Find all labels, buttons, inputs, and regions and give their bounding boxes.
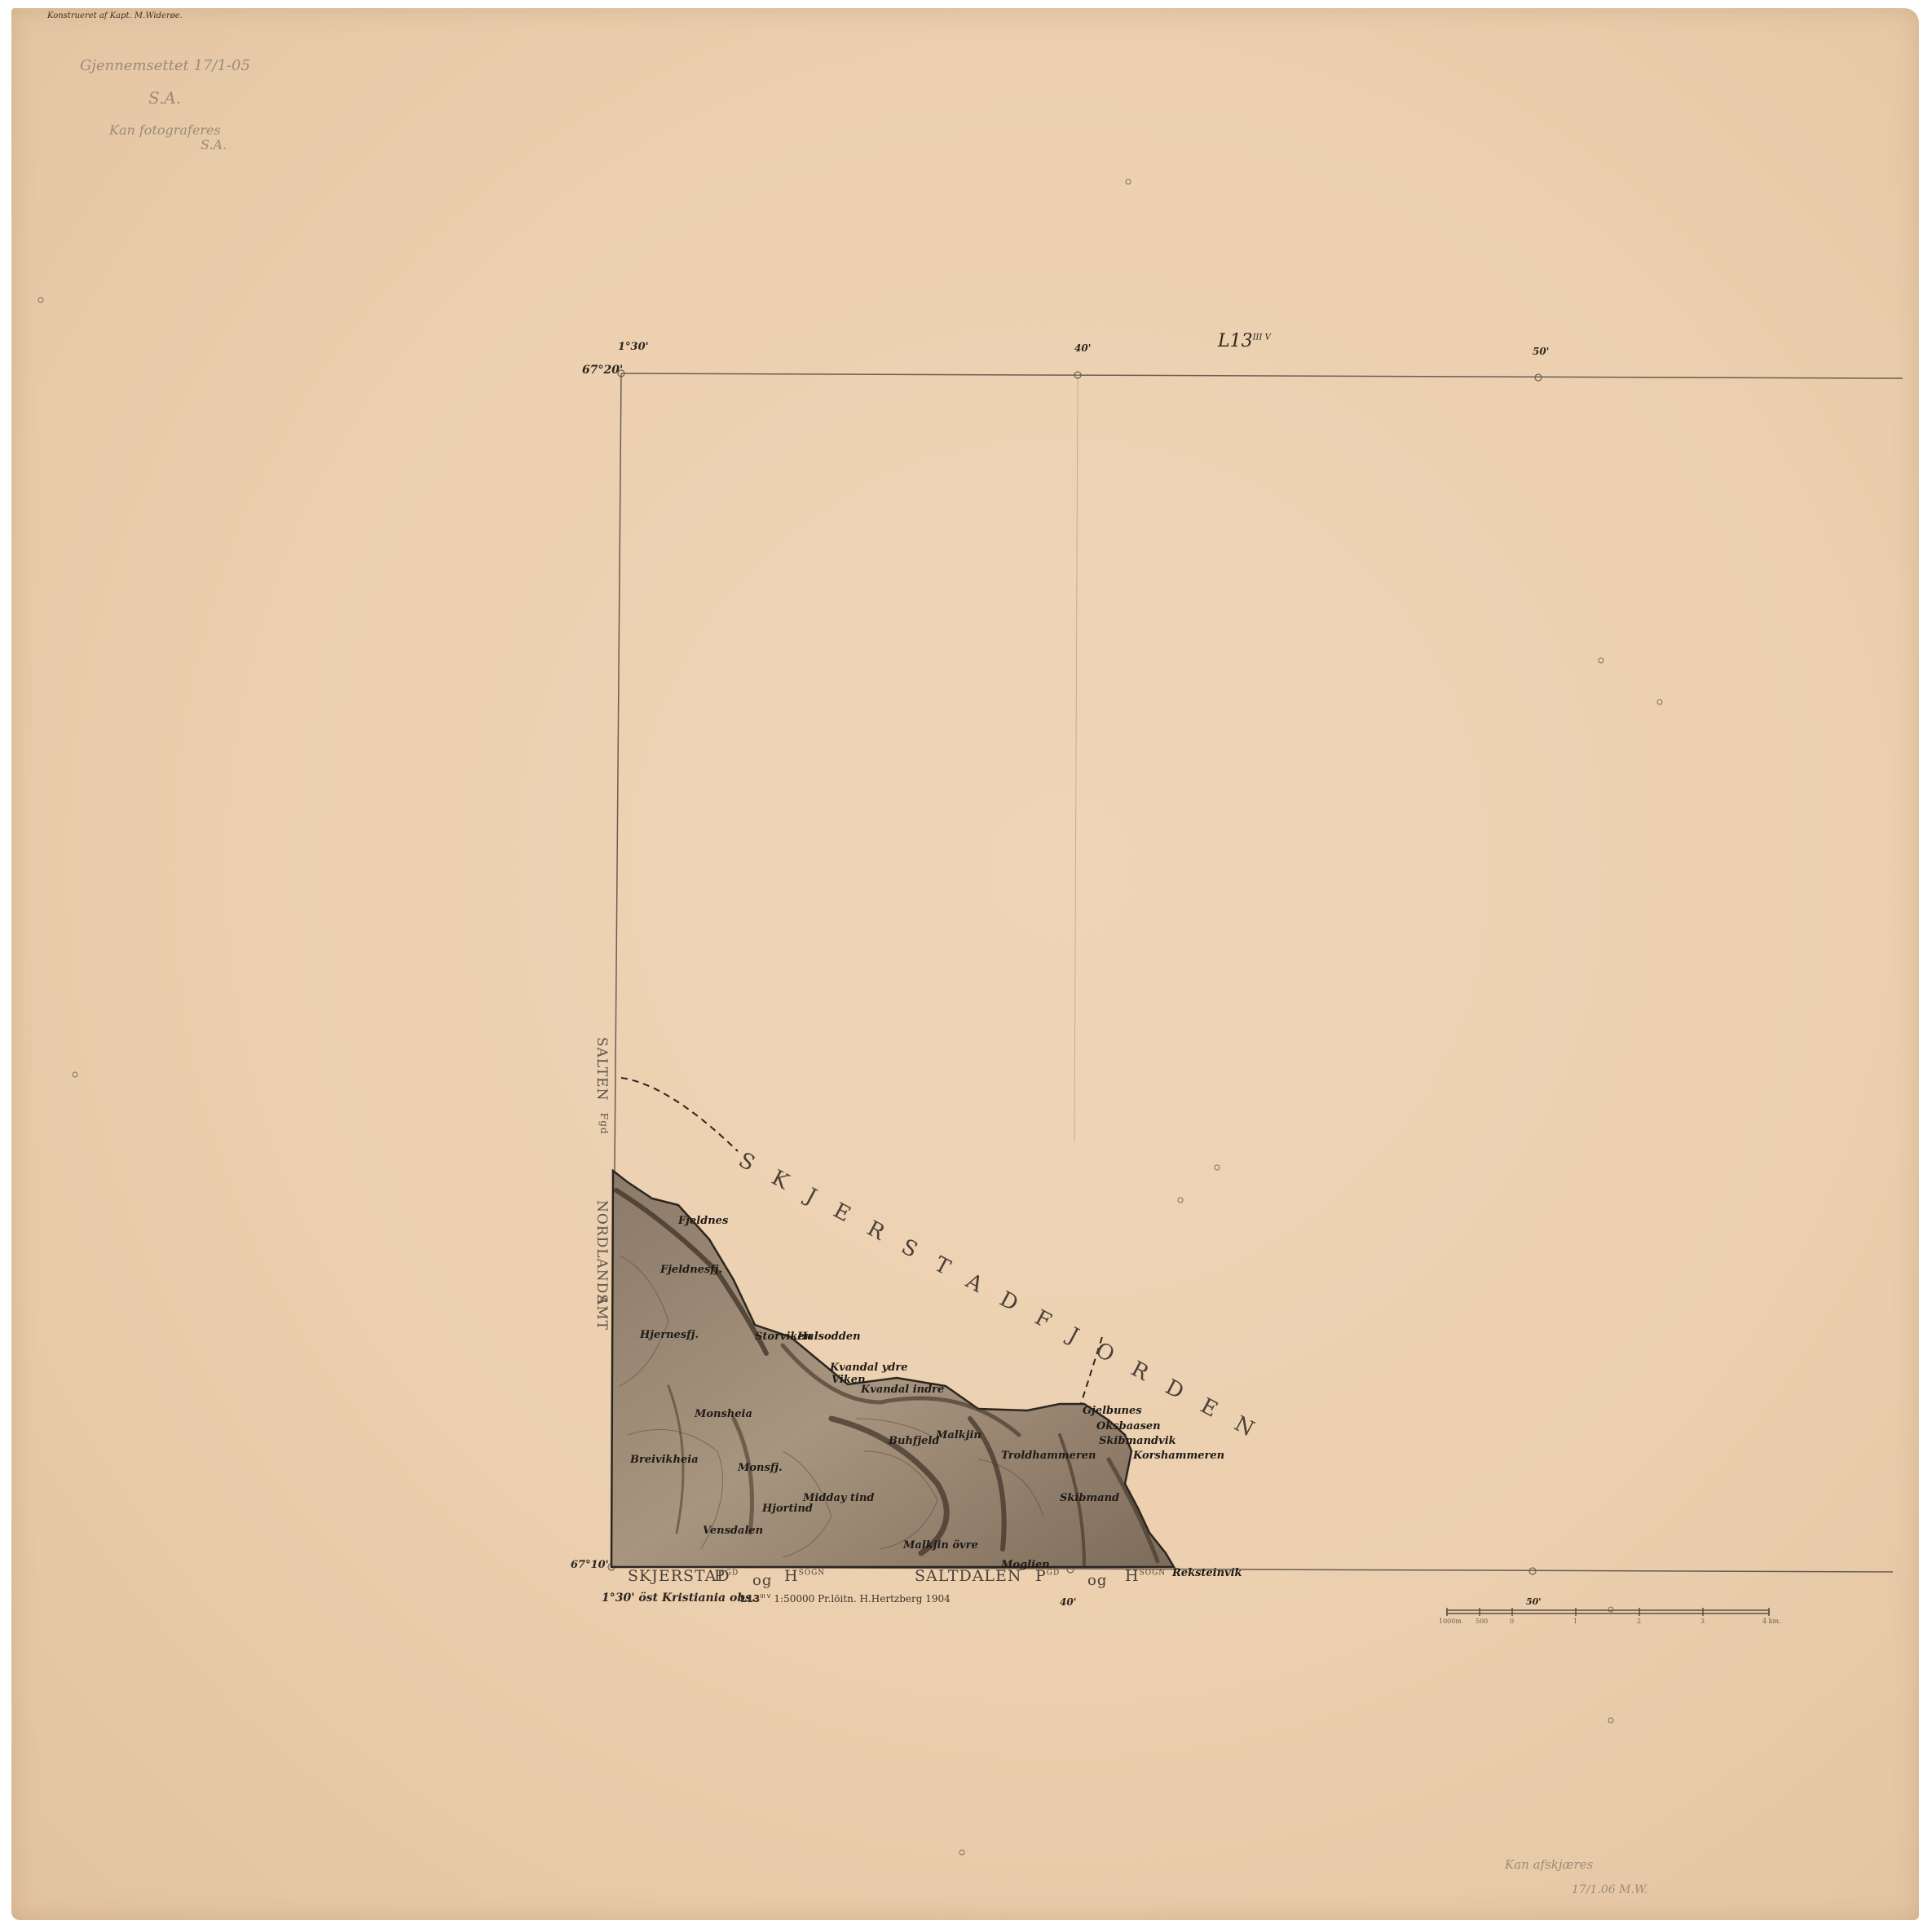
map-graphics [0,0,1932,1929]
place-label: Fjeldnes [678,1215,728,1227]
place-label: Malkjin övre [903,1539,978,1552]
control-points [38,179,1662,1855]
scale-tick-0: 1000m [1439,1618,1462,1625]
place-label: Hjernesfj. [640,1329,699,1341]
place-label: Reksteinvik [1172,1567,1242,1579]
scale-bar [1447,1608,1769,1616]
place-label: Korshammeren [1133,1450,1224,1462]
place-label: Oksbaasen [1096,1420,1161,1432]
place-label: Hjortind [762,1503,813,1515]
scale-bar-top-label: 50' [1526,1596,1542,1607]
place-label: Vensdalen [703,1525,763,1537]
place-label: Gjelbunes [1083,1405,1142,1417]
place-label: Kvandal indre [861,1384,944,1396]
scale-tick-3: 1 [1573,1618,1577,1625]
scale-tick-4: 2 [1637,1618,1641,1625]
scale-tick-5: 3 [1700,1618,1705,1625]
scale-tick-1: 500 [1475,1618,1488,1625]
place-label: Buhfjeld [889,1435,940,1447]
scale-tick-2: 0 [1510,1618,1514,1625]
place-label: Fjeldnesfj. [660,1264,722,1276]
place-label: Troldhammeren [1001,1450,1096,1462]
place-label: Skibmandvik [1099,1435,1176,1447]
scale-tick-6: 4 km. [1762,1618,1781,1625]
place-label: Monsfj. [738,1462,783,1474]
place-label: Moglien [1001,1559,1050,1571]
place-label: Breivikheia [630,1454,699,1466]
place-label: Malkjin [936,1429,981,1441]
place-label: Monsheia [695,1408,752,1420]
place-label: Halsodden [797,1331,861,1343]
place-label: Skibmand [1060,1492,1119,1504]
place-label: Kvandal ydre [830,1362,907,1374]
place-label: Midday tind [803,1492,875,1504]
